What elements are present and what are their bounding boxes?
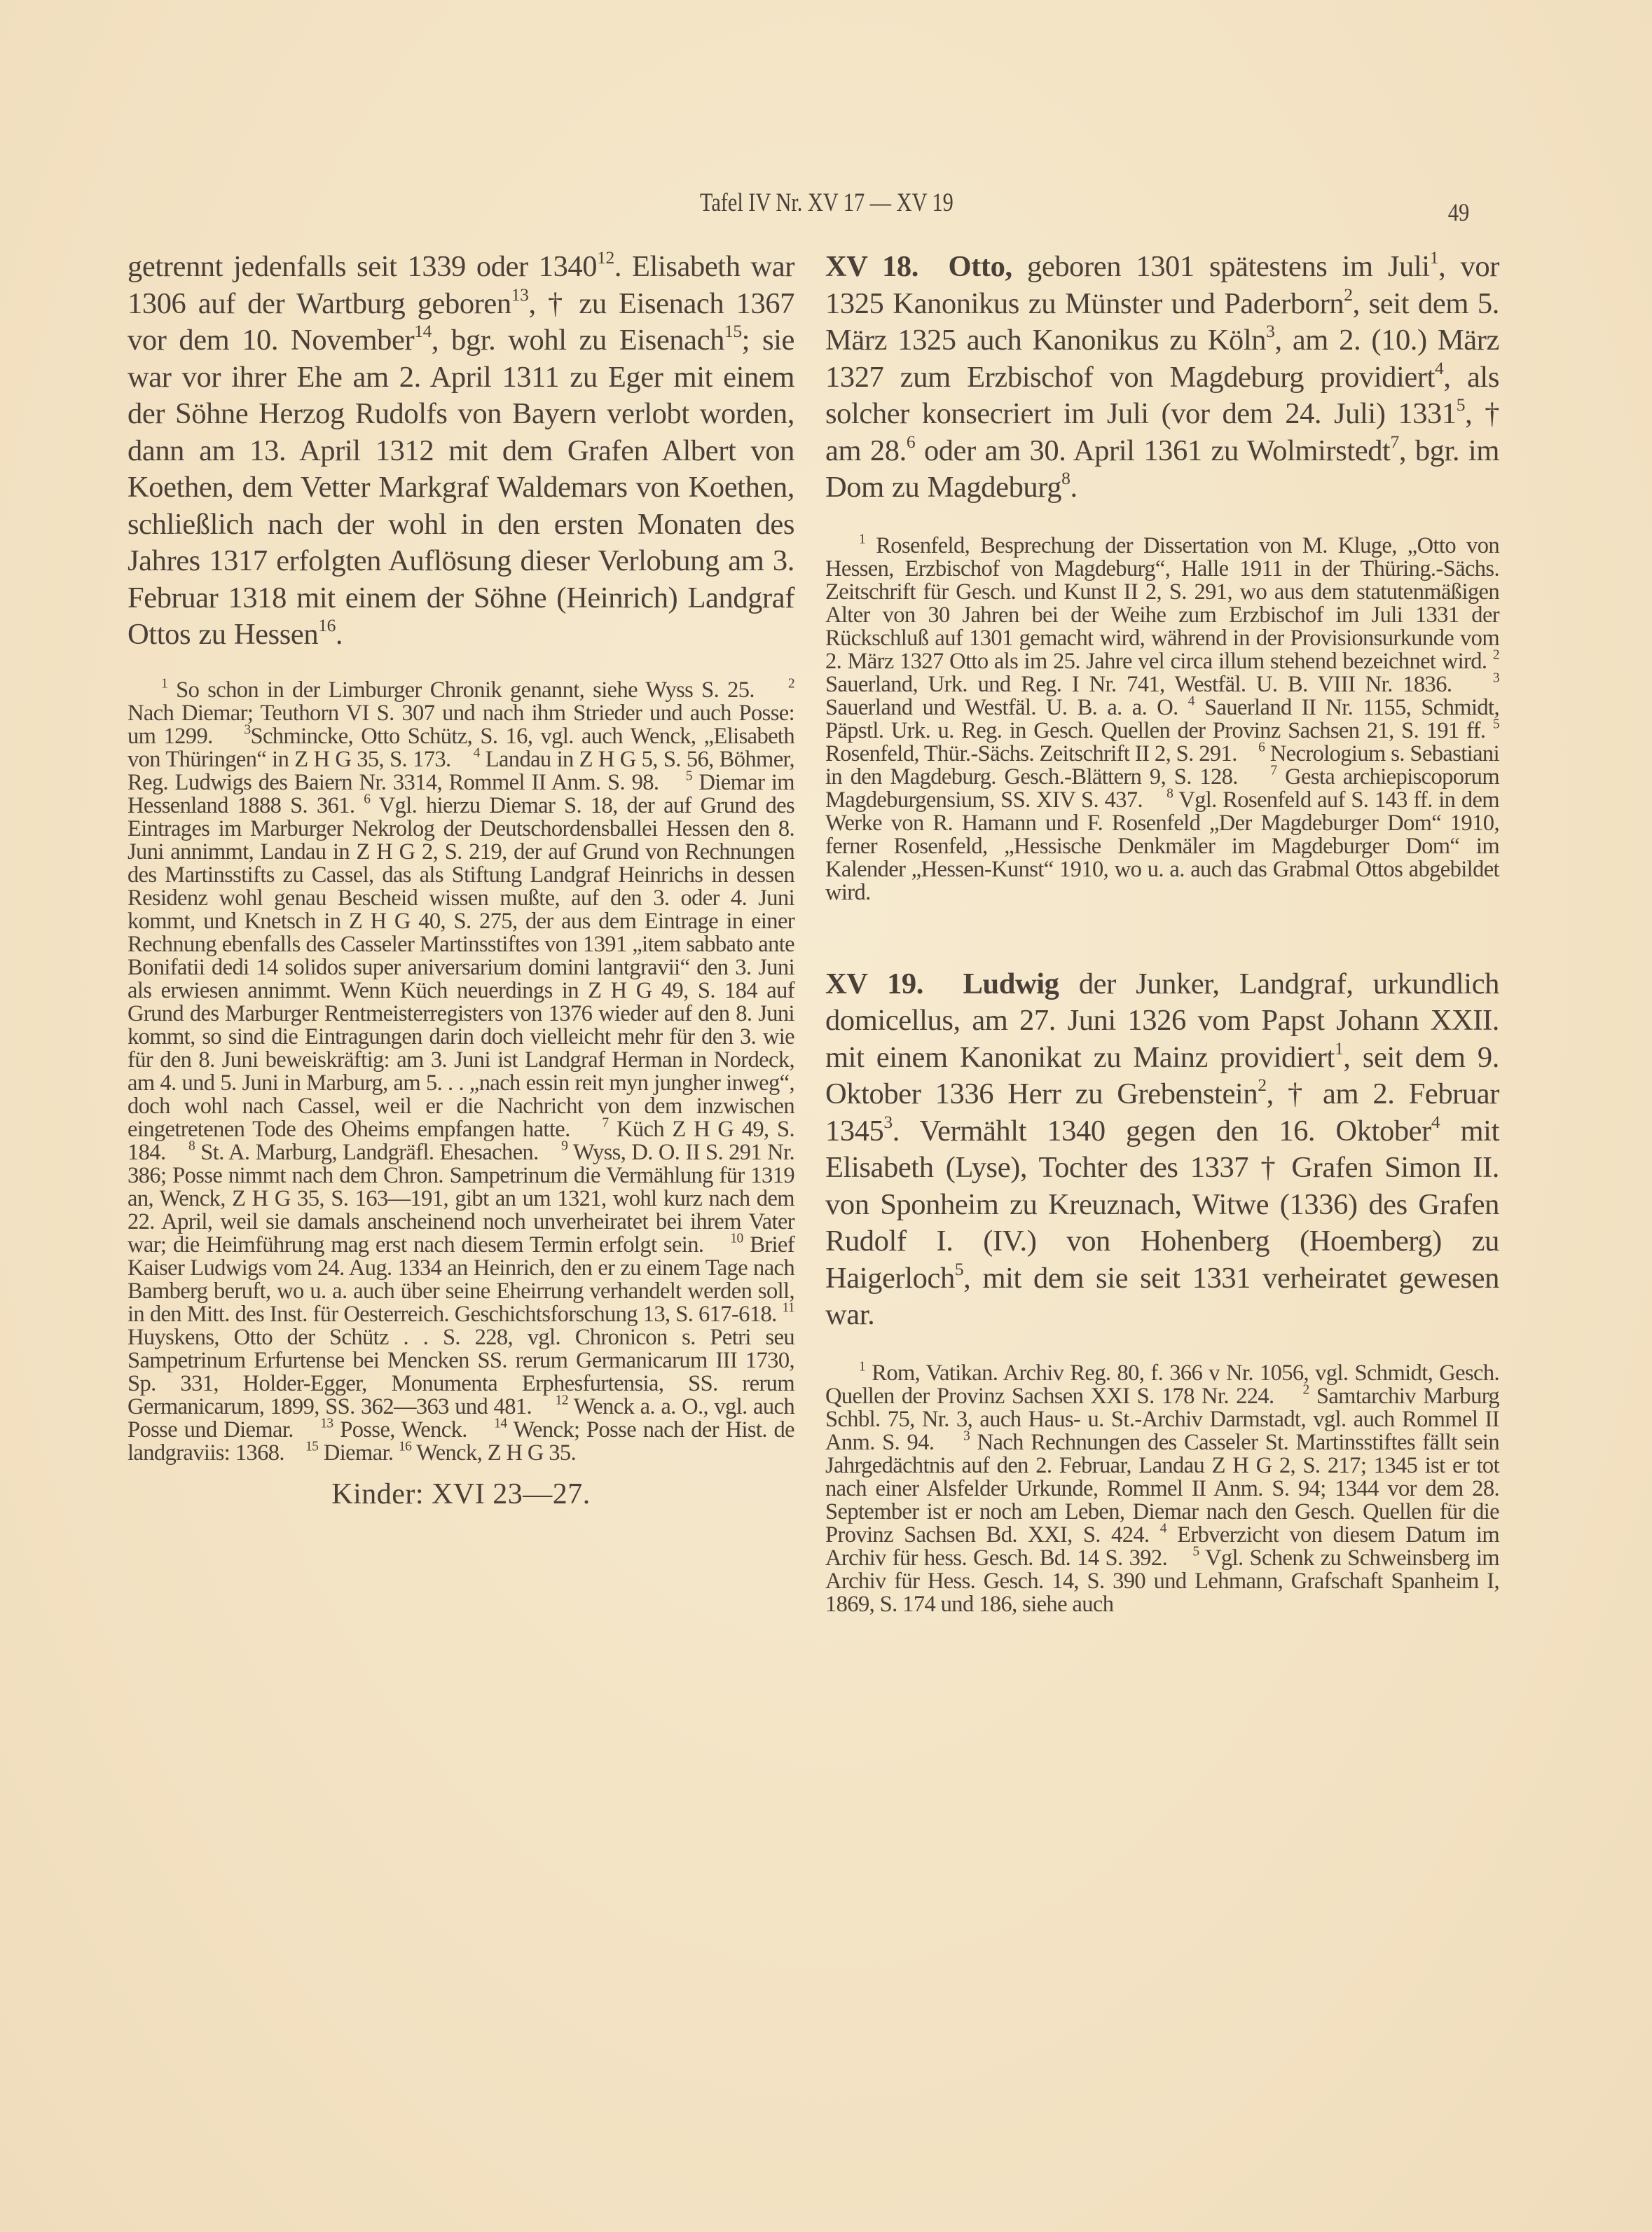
text-run: ; sie war vor ihrer Ehe am 2. April 1311… <box>128 324 794 651</box>
footnote-number: 3 <box>963 1428 970 1443</box>
footnote-number: 15 <box>305 1439 318 1454</box>
footnote-number: 16 <box>399 1439 411 1454</box>
footnote-number: 1 <box>161 676 167 691</box>
footnote-number: 14 <box>494 1416 507 1431</box>
entry-id: XV 18. <box>825 250 918 283</box>
footnote-number: 1 <box>859 1359 865 1374</box>
running-head: Tafel IV Nr. XV 17 — XV 19 <box>149 188 1504 218</box>
entry-id: XV 19. <box>825 967 923 1000</box>
footnote-number: 10 <box>730 1231 743 1246</box>
footnote-text: Diemar. <box>324 1440 394 1466</box>
xv18-footnotes: 1 Rosenfeld, Besprechung der Dissertatio… <box>825 535 1499 904</box>
page-number: 49 <box>1448 198 1470 227</box>
footnote-number: 9 <box>561 1138 567 1153</box>
footnote-number: 4 <box>474 745 480 760</box>
footnote-text: Vgl. hierzu Diemar S. 18, der auf Grund … <box>128 793 794 1142</box>
footnote-number: 5 <box>1493 717 1499 731</box>
text-run: . Vermählt 1340 gegen den 16. Oktober <box>893 1115 1431 1148</box>
entry-name: Ludwig <box>963 967 1059 1000</box>
footnote-text: Sauerland, Urk. und Reg. I Nr. 741, West… <box>825 672 1452 697</box>
footnote-ref: 12 <box>597 247 614 268</box>
footnote-ref: 4 <box>1435 358 1443 378</box>
footnote-number: 2 <box>1493 647 1499 662</box>
footnote-ref: 3 <box>1266 321 1274 341</box>
footnote-number: 3 <box>1493 670 1499 685</box>
text-run: . <box>1070 471 1077 504</box>
footnote-ref: 16 <box>318 615 336 635</box>
footnote-number: 7 <box>1270 763 1276 778</box>
footnote-number: 4 <box>1188 694 1195 708</box>
footnote-ref: 2 <box>1344 284 1352 305</box>
footnote-text: Rosenfeld, Besprechung der Dissertation … <box>825 533 1499 674</box>
text-run: geboren 1301 spätestens im Juli <box>1012 250 1430 283</box>
footnote-number: 7 <box>602 1115 608 1130</box>
footnote-number: 12 <box>556 1393 568 1407</box>
footnote-number: 3 <box>244 722 250 737</box>
footnote-ref: 2 <box>1258 1075 1266 1095</box>
footnote-number: 2 <box>788 676 794 691</box>
text-run: oder am 30. April 1361 zu Wolmirstedt <box>915 434 1390 467</box>
footnote-ref: 3 <box>883 1112 892 1132</box>
xv17-continuation-text: getrennt jedenfalls seit 1339 oder 13401… <box>128 249 794 654</box>
footnote-text: Rosenfeld, Thür.-Sächs. Zeitschrift II 2… <box>825 741 1237 766</box>
footnote-ref: 15 <box>724 321 742 341</box>
footnote-text: Sauerland und Westfäl. U. B. a. a. O. <box>825 695 1178 720</box>
footnote-text: Wenck, Z H G 35. <box>416 1440 576 1466</box>
right-column: XV 18. Otto, geboren 1301 spätestens im … <box>825 249 1499 1616</box>
xv17-footnotes: 1 So schon in der Limburger Chronik gena… <box>128 679 794 1465</box>
xv19-footnotes: 1 Rom, Vatikan. Archiv Reg. 80, f. 366 v… <box>825 1362 1499 1616</box>
footnote-number: 8 <box>188 1138 195 1153</box>
footnote-ref: 1 <box>1430 247 1438 268</box>
footnote-text: St. A. Marburg, Landgräfl. Ehesachen. <box>200 1140 538 1165</box>
entry-name: Otto, <box>949 250 1012 283</box>
children-reference: Kinder: XVI 23—27. <box>128 1477 794 1511</box>
footnote-ref: 13 <box>511 284 529 305</box>
footnote-ref: 14 <box>414 321 432 341</box>
footnote-number: 4 <box>1160 1521 1166 1536</box>
footnote-number: 2 <box>1302 1382 1309 1397</box>
left-column: getrennt jedenfalls seit 1339 oder 13401… <box>128 249 794 1511</box>
footnote-number: 6 <box>364 792 370 806</box>
entry-xv18-otto: XV 18. Otto, geboren 1301 spätestens im … <box>825 249 1499 507</box>
footnote-number: 8 <box>1166 786 1173 801</box>
footnote-number: 5 <box>686 769 692 783</box>
text-run: . <box>336 618 343 651</box>
footnote-text: So schon in der Limburger Chronik genann… <box>176 677 755 703</box>
entry-xv19-ludwig: XV 19. Ludwig der Junker, Landgraf, urku… <box>825 966 1499 1334</box>
footnote-ref: 8 <box>1061 468 1070 488</box>
footnote-number: 6 <box>1258 740 1265 755</box>
footnote-ref: 5 <box>1457 394 1465 415</box>
page-header: Tafel IV Nr. XV 17 — XV 19 49 <box>0 188 1652 230</box>
footnote-number: 13 <box>320 1416 333 1431</box>
text-run: , bgr. wohl zu Eisenach <box>432 324 724 357</box>
footnote-ref: 7 <box>1390 432 1398 452</box>
footnote-number: 1 <box>859 532 865 546</box>
footnote-ref: 6 <box>907 432 915 452</box>
footnote-ref: 4 <box>1431 1112 1440 1132</box>
text-run: getrennt jedenfalls seit 1339 oder 1340 <box>128 250 597 283</box>
footnote-number: 5 <box>1192 1544 1199 1559</box>
footnote-number: 11 <box>782 1300 794 1315</box>
footnote-ref: 5 <box>955 1259 963 1279</box>
footnote-ref: 1 <box>1335 1038 1343 1059</box>
